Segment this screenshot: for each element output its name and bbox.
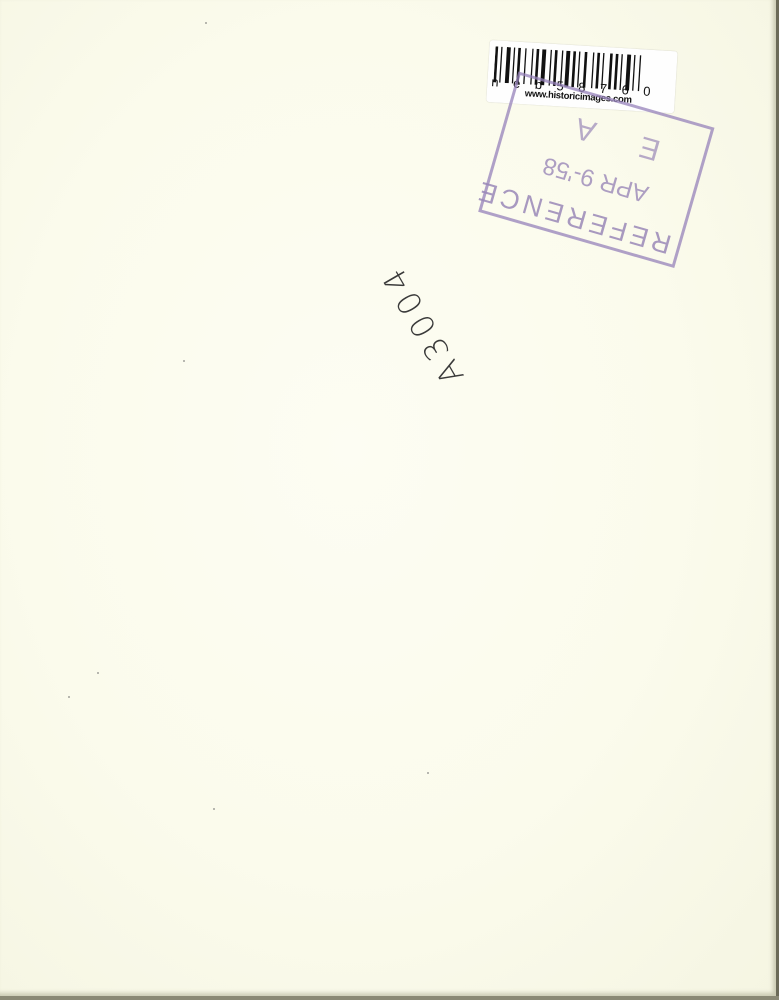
speck xyxy=(183,360,185,362)
speck xyxy=(205,22,207,24)
speck xyxy=(68,696,70,698)
speck xyxy=(97,672,99,674)
speck xyxy=(427,772,429,774)
speck xyxy=(213,808,215,810)
paper-edge-bottom xyxy=(0,996,779,1000)
